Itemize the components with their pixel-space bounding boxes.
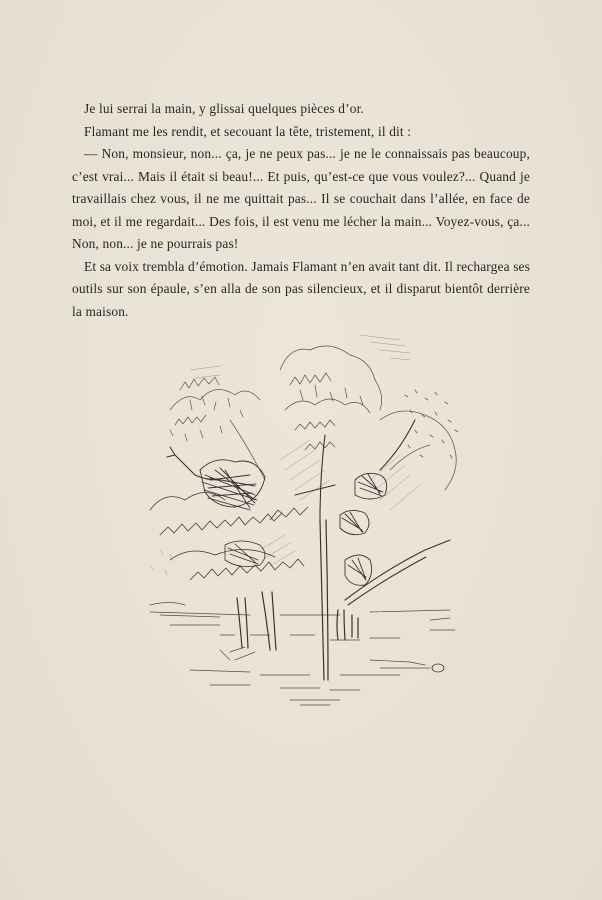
paragraph-3-dialogue: — Non, monsieur, non... ça, je ne peux p…: [72, 143, 530, 256]
paragraph-2: Flamant me les rendit, et secouant la tê…: [72, 121, 530, 144]
paragraph-4: Et sa voix trembla d’émotion. Jamais Fla…: [72, 256, 530, 324]
tree-etching-icon: [130, 330, 490, 710]
tree-etching-illustration: [130, 330, 490, 710]
body-text: Je lui serrai la main, y glissai quelque…: [72, 98, 530, 323]
paragraph-1: Je lui serrai la main, y glissai quelque…: [72, 98, 530, 121]
book-page: Je lui serrai la main, y glissai quelque…: [0, 0, 602, 900]
